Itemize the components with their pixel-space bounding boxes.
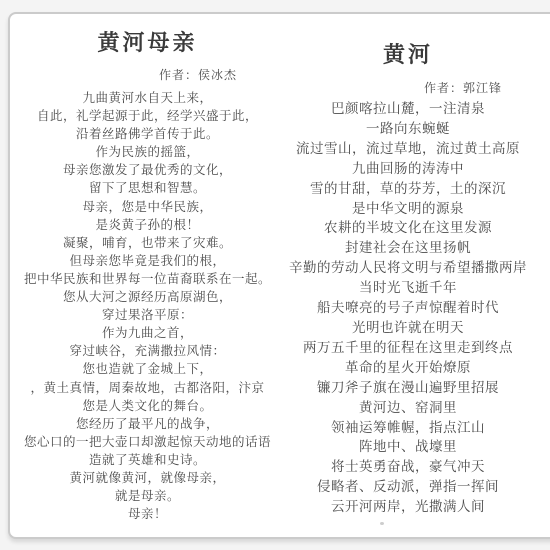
document-page: 黄河母亲 作者：侯冰杰 九曲黄河水自天上来，自此，礼学起源于此，经学兴盛于此，沿… [8,12,550,539]
poem-line: 您也造就了金城上下， [82,360,212,378]
poem-line: 雪的甘甜，草的芬芳，土的深沉 [310,180,506,200]
poem-line: 您心口的一把大壶口却激起惊天动地的话语 [24,433,271,451]
poem-line: 您是人类文化的舞台。 [82,397,212,415]
poem-line: 镰刀斧子旗在漫山遍野里招展 [317,379,499,399]
poem-line: 穿过果洛平原： [102,306,193,324]
poem-huanghe-muqin: 黄河母亲 作者：侯冰杰 九曲黄河水自天上来，自此，礼学起源于此，经学兴盛于此，沿… [10,14,285,523]
poem-line: ，黄土真情，周秦故地，古都洛阳，汴京 [30,379,264,397]
poem-line: 留下了思想和智慧。 [89,179,206,197]
poem-author-left: 作者：侯冰杰 [159,66,237,83]
poem-line: 九曲回肠的涛涛中 [352,160,464,180]
poem-line: 阵地中、战壕里 [359,438,457,458]
poem-line: 母亲您激发了最优秀的文化， [63,161,232,179]
poem-line: 造就了英雄和史诗。 [89,451,206,469]
poem-line: 辛勤的劳动人民将文明与希望播撒两岸 [289,259,527,279]
poem-line: 领袖运筹帷幄，指点江山 [331,419,485,439]
poem-line: 巴颜喀拉山麓，一注清泉 [331,100,485,120]
poem-line: 您经历了最平凡的战争， [76,415,219,433]
poem-line: 封建社会在这里扬帆 [345,239,471,259]
scan-speck [380,522,384,525]
poem-line: 凝聚，哺育，也带来了灾难。 [63,234,232,252]
poem-line: 作为民族的摇篮， [95,143,199,161]
poem-line: 作为九曲之首， [102,324,193,342]
poem-line: 母亲！ [128,505,167,523]
poem-line: 革命的星火开始燎原 [345,359,471,379]
poem-title-left: 黄河母亲 [10,26,285,57]
poem-lines-left: 九曲黄河水自天上来，自此，礼学起源于此，经学兴盛于此，沿着丝路佛学首传于此。作为… [10,89,285,523]
poem-line: 把中华民族和世界每一位苗裔联系在一起。 [24,270,271,288]
poem-huanghe: 黄河 作者：郭江锋 巴颜喀拉山麓，一注清泉一路向东蜿蜒流过雪山，流过草地，流过黄… [268,14,548,518]
poem-author-right: 作者：郭江锋 [424,79,502,96]
poem-line: 您从大河之源经历高原湖色， [63,288,232,306]
poem-line: 将士英勇奋战，豪气冲天 [331,458,485,478]
poem-line: 农耕的半坡文化在这里发源 [324,219,492,239]
poem-line: 是中华文明的源泉 [352,200,464,220]
poem-line: 自此，礼学起源于此，经学兴盛于此， [37,107,258,125]
poem-lines-right: 巴颜喀拉山麓，一注清泉一路向东蜿蜒流过雪山，流过草地，流过黄土高原九曲回肠的涛涛… [268,100,548,518]
poem-line: 沿着丝路佛学首传于此。 [76,125,219,143]
poem-line: 黄河就像黄河，就像母亲， [69,469,225,487]
poem-line: 是炎黄子孙的根！ [95,216,199,234]
poem-line: 就是母亲。 [115,487,180,505]
poem-line: 穿过峡谷，充满撒拉风情： [69,342,225,360]
poem-line: 当时光飞逝千年 [359,279,457,299]
poem-line: 流过雪山，流过草地，流过黄土高原 [296,140,520,160]
poem-line: 一路向东蜿蜒 [366,120,450,140]
poem-line: 侵略者、反动派，弹指一挥间 [317,478,499,498]
poem-line: 黄河边、窑洞里 [359,399,457,419]
poem-line: 云开河两岸，光撒满人间 [331,498,485,518]
poem-line: 船夫嘹亮的号子声惊醒着时代 [317,299,499,319]
poem-line: 九曲黄河水自天上来， [82,89,212,107]
poem-line: 母亲，您是中华民族， [82,198,212,216]
poem-line: 但母亲您毕竟是我们的根， [69,252,225,270]
poem-line: 光明也许就在明天 [352,319,464,339]
poem-line: 两万五千里的征程在这里走到终点 [303,339,513,359]
poem-title-right: 黄河 [268,38,548,69]
